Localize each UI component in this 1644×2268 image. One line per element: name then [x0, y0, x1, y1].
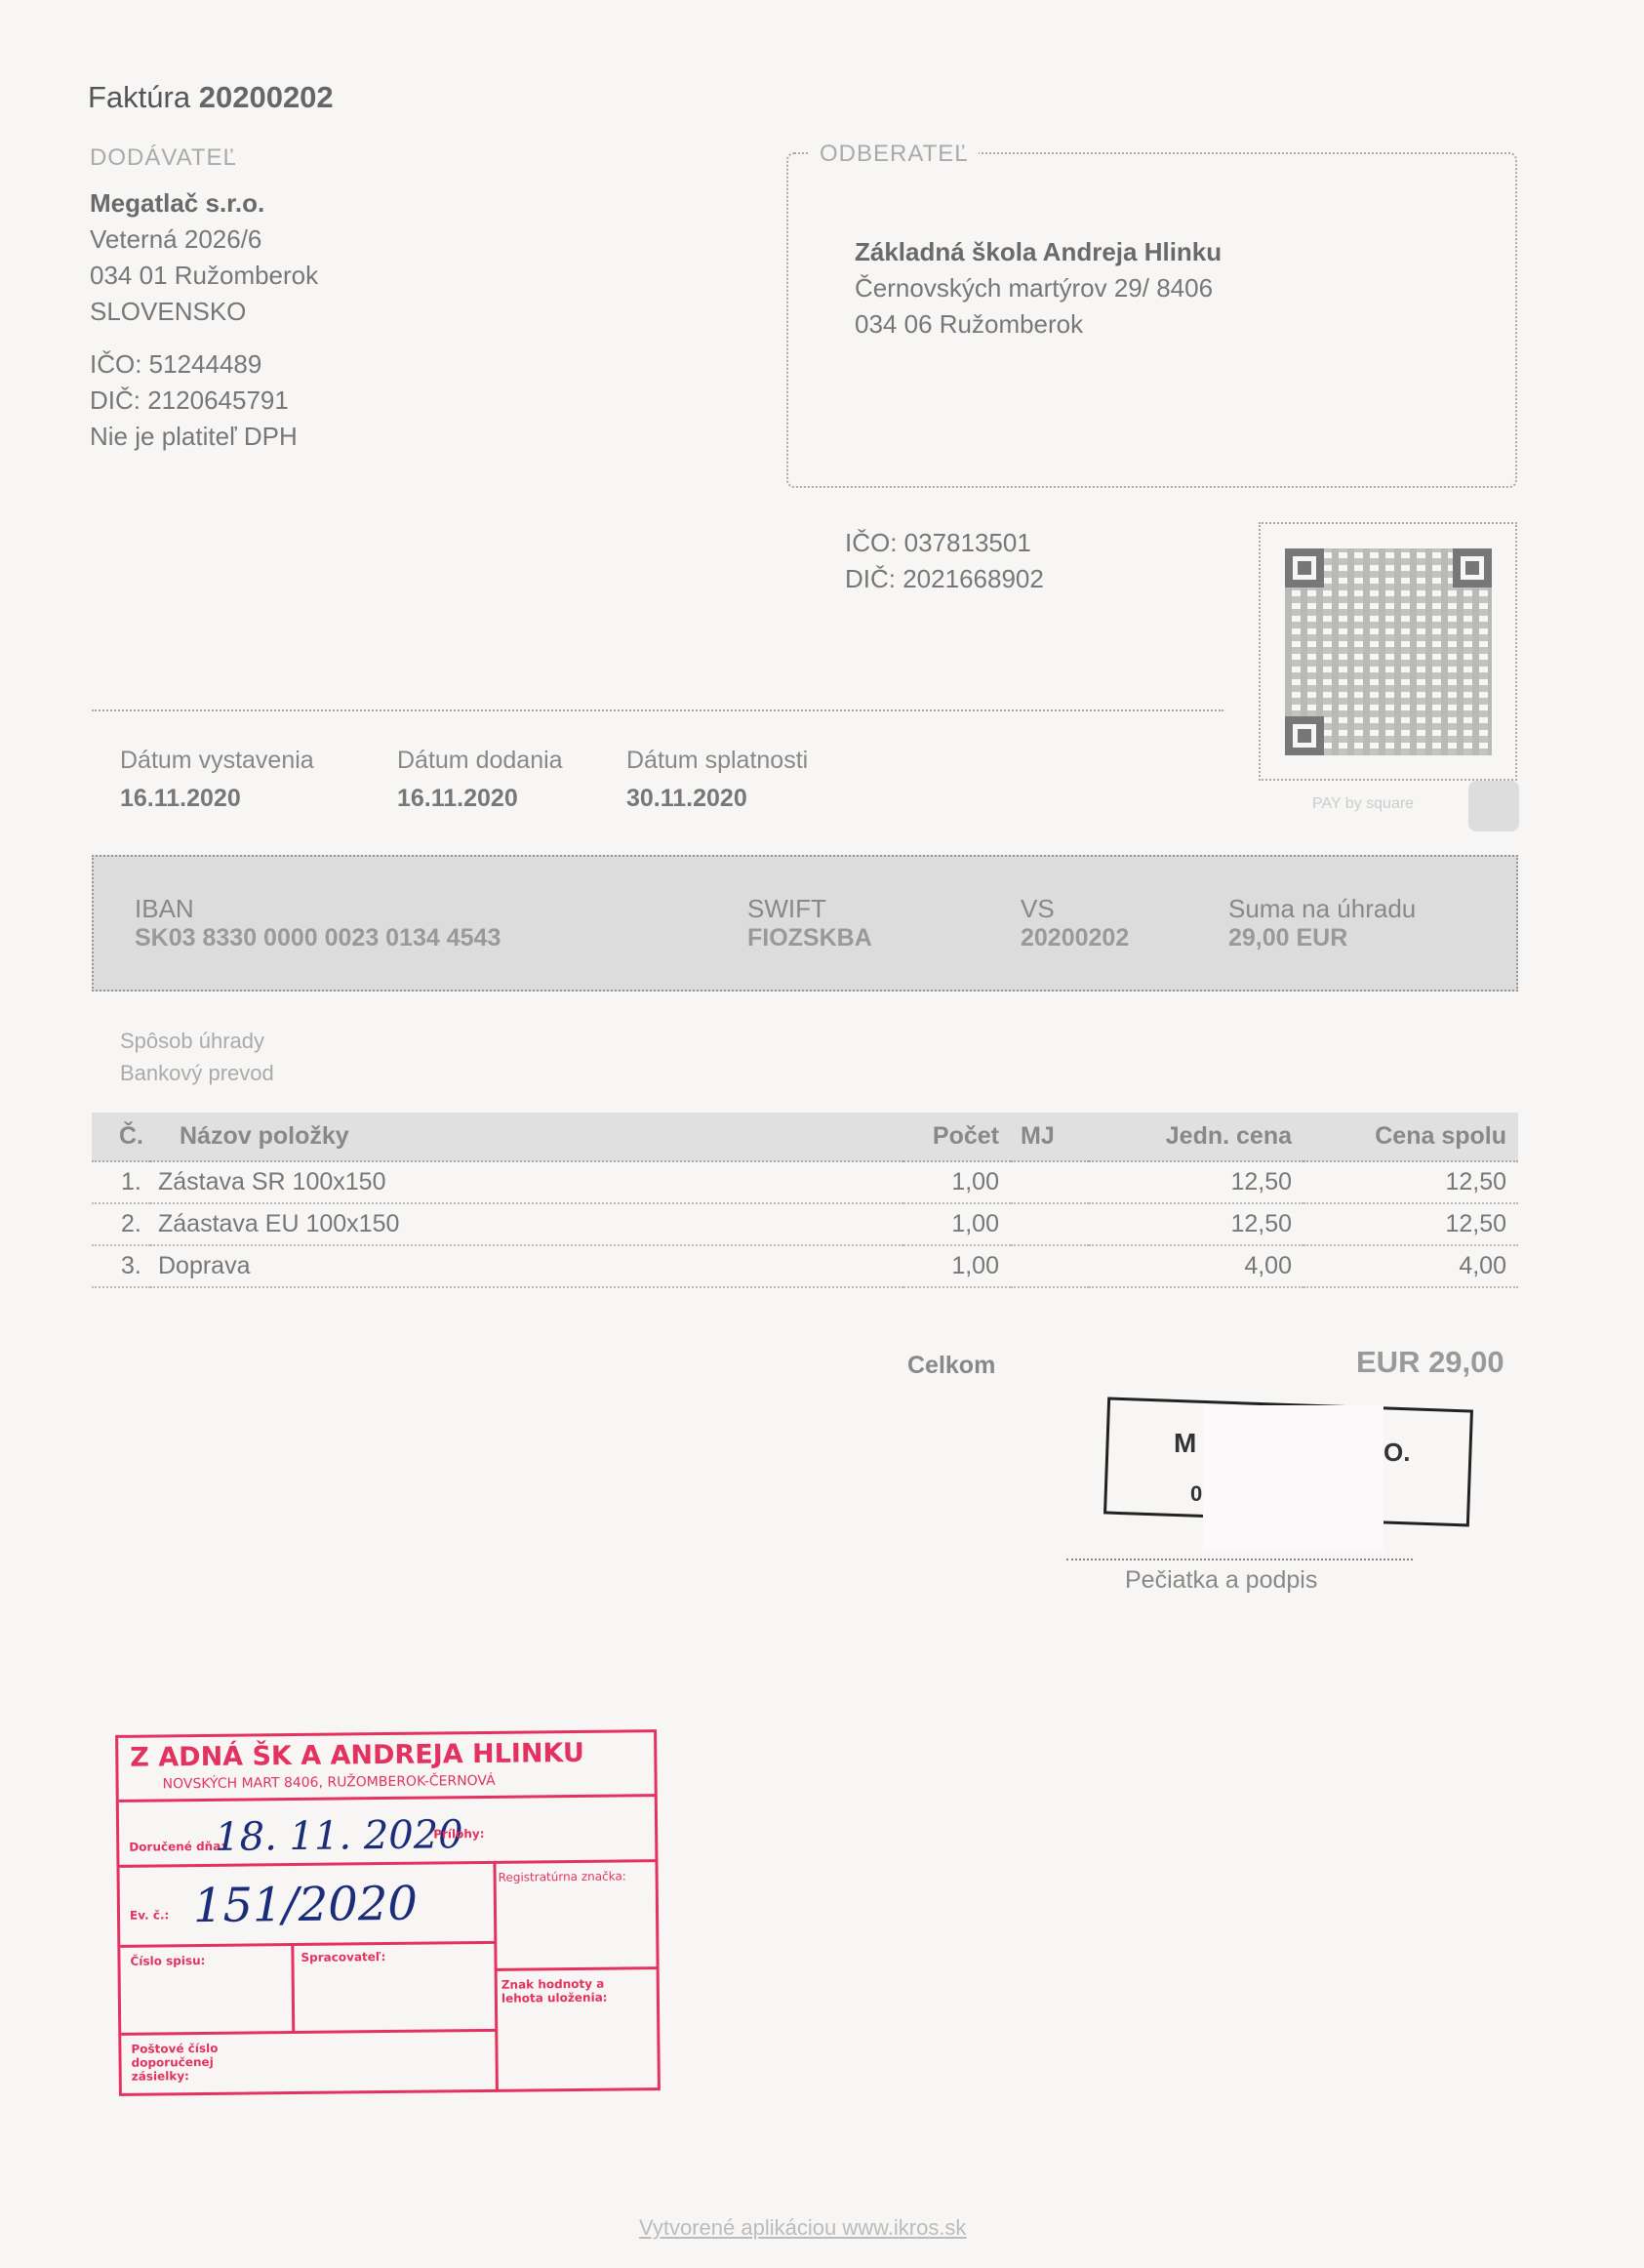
invoice-title: Faktúra 20200202 — [88, 80, 334, 115]
cell-unit-price: 4,00 — [1089, 1245, 1303, 1287]
supplier-block: Megatlač s.r.o. Veterná 2026/6 034 01 Ru… — [90, 185, 318, 455]
company-stamp-text: M — [1174, 1428, 1196, 1459]
iban-value: SK03 8330 0000 0023 0134 4543 — [135, 924, 501, 952]
col-name: Názov položky — [150, 1113, 903, 1161]
cell-qty: 1,00 — [903, 1203, 1011, 1245]
cell-qty: 1,00 — [903, 1245, 1011, 1287]
signature-label: Pečiatka a podpis — [1125, 1566, 1317, 1595]
col-unit-price: Jedn. cena — [1089, 1113, 1303, 1161]
table-header-row: Č. Názov položky Počet MJ Jedn. cena Cen… — [92, 1113, 1518, 1161]
iban-field: IBAN SK03 8330 0000 0023 0134 4543 — [135, 894, 501, 952]
payment-method: Spôsob úhrady Bankový prevod — [120, 1025, 274, 1089]
swift-field: SWIFT FIOZSKBA — [747, 894, 872, 952]
invoice-title-prefix: Faktúra — [88, 80, 190, 114]
date-delivered-label: Dátum dodania — [397, 747, 563, 775]
date-due-value: 30.11.2020 — [626, 785, 808, 813]
qr-finder-icon — [1285, 716, 1324, 755]
vs-label: VS — [1021, 894, 1129, 924]
cell-total: 4,00 — [1303, 1245, 1518, 1287]
value-mark-label: Znak hodnoty a lehota uloženia: — [501, 1976, 648, 2005]
cell-unit — [1011, 1161, 1089, 1203]
supplier-ico: IČO: 51244489 — [90, 346, 318, 383]
customer-ids: IČO: 037813501 DIČ: 2021668902 — [845, 525, 1044, 597]
cell-name: Zástava SR 100x150 — [150, 1161, 903, 1203]
table-row: 1.Zástava SR 100x1501,0012,5012,50 — [92, 1161, 1518, 1203]
cell-no: 1. — [92, 1161, 150, 1203]
received-label: Doručené dňa: — [129, 1840, 225, 1854]
payment-bar: IBAN SK03 8330 0000 0023 0134 4543 SWIFT… — [92, 855, 1518, 992]
swift-label: SWIFT — [747, 894, 872, 924]
col-qty: Počet — [903, 1113, 1011, 1161]
registry-mark-label: Registratúrna značka: — [499, 1869, 626, 1883]
supplier-vat-note: Nie je platiteľ DPH — [90, 419, 318, 455]
date-due-label: Dátum splatnosti — [626, 747, 808, 775]
customer-ico: IČO: 037813501 — [845, 525, 1044, 561]
sum-field: Suma na úhradu 29,00 EUR — [1228, 894, 1416, 952]
sum-label: Suma na úhradu — [1228, 894, 1416, 924]
items-table: Č. Názov položky Počet MJ Jedn. cena Cen… — [92, 1113, 1518, 1288]
supplier-street: Veterná 2026/6 — [90, 222, 318, 258]
total-value: EUR 29,00 — [1356, 1345, 1504, 1380]
sum-value: 29,00 EUR — [1228, 924, 1416, 952]
cell-name: Záastava EU 100x150 — [150, 1203, 903, 1245]
cell-name: Doprava — [150, 1245, 903, 1287]
customer-dic: DIČ: 2021668902 — [845, 561, 1044, 597]
col-total: Cena spolu — [1303, 1113, 1518, 1161]
date-due: Dátum splatnosti 30.11.2020 — [626, 747, 808, 813]
date-delivered: Dátum dodania 16.11.2020 — [397, 747, 563, 813]
processor-label: Spracovateľ: — [301, 1950, 385, 1964]
pay-by-square-label: PAY by square — [1312, 795, 1414, 813]
registry-stamp: Z ADNÁ ŠK A ANDREJA HLINKU NOVSKÝCH MART… — [115, 1729, 661, 2096]
col-unit: MJ — [1011, 1113, 1089, 1161]
attachments-label: Prílohy: — [433, 1827, 485, 1842]
date-issued-value: 16.11.2020 — [120, 785, 314, 813]
table-row: 2.Záastava EU 100x1501,0012,5012,50 — [92, 1203, 1518, 1245]
cell-unit — [1011, 1245, 1089, 1287]
cell-total: 12,50 — [1303, 1203, 1518, 1245]
cell-no: 2. — [92, 1203, 150, 1245]
evidence-number-handwritten: 151/2020 — [193, 1877, 419, 1933]
vs-field: VS 20200202 — [1021, 894, 1129, 952]
supplier-country: SLOVENSKO — [90, 294, 318, 330]
date-issued: Dátum vystavenia 16.11.2020 — [120, 747, 314, 813]
date-delivered-value: 16.11.2020 — [397, 785, 563, 813]
evidence-label: Ev. č.: — [130, 1908, 169, 1922]
supplier-dic: DIČ: 2120645791 — [90, 383, 318, 419]
received-date-handwritten: 18. 11. 2020 — [215, 1812, 463, 1860]
col-no: Č. — [92, 1113, 150, 1161]
supplier-name: Megatlač s.r.o. — [90, 185, 318, 222]
cell-unit-price: 12,50 — [1089, 1161, 1303, 1203]
footer-link[interactable]: Vytvorené aplikáciou www.ikros.sk — [639, 2215, 966, 2241]
invoice-number: 20200202 — [199, 80, 334, 114]
cell-unit-price: 12,50 — [1089, 1203, 1303, 1245]
customer-city: 034 06 Ružomberok — [855, 306, 1222, 343]
stamp-overlay-paper — [1203, 1405, 1383, 1550]
supplier-label: DODÁVATEĽ — [90, 144, 237, 172]
date-issued-label: Dátum vystavenia — [120, 747, 314, 775]
qr-finder-icon — [1285, 548, 1324, 587]
divider — [92, 709, 1223, 711]
company-stamp-text: 0 — [1190, 1481, 1202, 1507]
cell-no: 3. — [92, 1245, 150, 1287]
customer-label: ODBERATEĽ — [810, 141, 979, 168]
qr-finder-icon — [1453, 548, 1492, 587]
cell-qty: 1,00 — [903, 1161, 1011, 1203]
qr-code-frame — [1259, 522, 1517, 781]
supplier-city: 034 01 Ružomberok — [90, 258, 318, 294]
registry-stamp-title: Z ADNÁ ŠK A ANDREJA HLINKU — [130, 1738, 584, 1773]
postal-number-label: Poštové číslo doporučenej zásielky: — [131, 2042, 228, 2084]
registry-stamp-address: NOVSKÝCH MART 8406, RUŽOMBEROK-ČERNOVÁ — [163, 1773, 496, 1793]
file-number-label: Číslo spisu: — [130, 1954, 205, 1968]
iban-label: IBAN — [135, 894, 501, 924]
customer-block: Základná škola Andreja Hlinku Černovskýc… — [855, 234, 1222, 343]
customer-name: Základná škola Andreja Hlinku — [855, 234, 1222, 270]
swift-value: FIOZSKBA — [747, 924, 872, 952]
signature-line — [1066, 1559, 1413, 1560]
pay-by-square-icon — [1468, 781, 1519, 831]
table-row: 3.Doprava1,004,004,00 — [92, 1245, 1518, 1287]
customer-street: Černovských martýrov 29/ 8406 — [855, 270, 1222, 306]
cell-total: 12,50 — [1303, 1161, 1518, 1203]
payment-method-label: Spôsob úhrady — [120, 1025, 274, 1057]
vs-value: 20200202 — [1021, 924, 1129, 952]
cell-unit — [1011, 1203, 1089, 1245]
total-label: Celkom — [907, 1352, 995, 1380]
company-stamp-text: O. — [1383, 1438, 1410, 1468]
payment-method-value: Bankový prevod — [120, 1057, 274, 1089]
